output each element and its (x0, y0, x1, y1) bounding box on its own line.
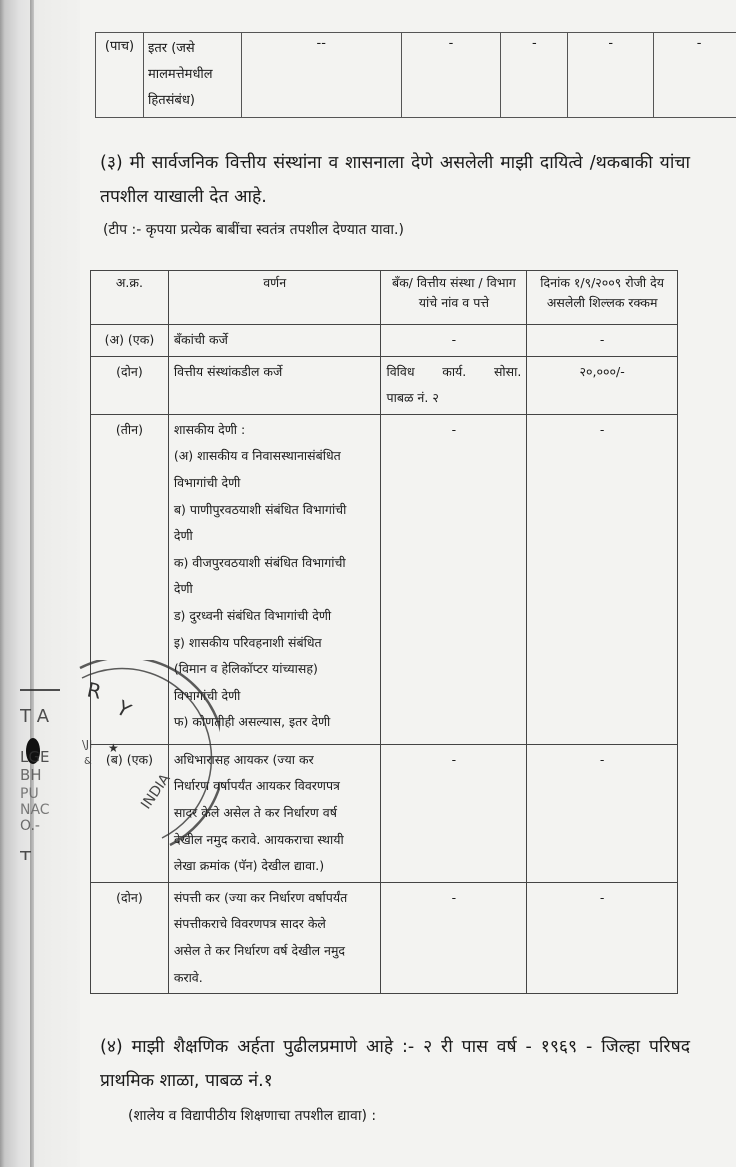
row-number: (ब) (एक) (91, 744, 169, 882)
table-row: (पाच) इतर (जसे मालमत्तेमधील हितसंबंध) --… (96, 33, 736, 118)
row-number: (पाच) (96, 33, 144, 118)
table-row: (दोन) संपत्ती कर (ज्या कर निर्धारण वर्षा… (91, 882, 678, 993)
row-amount: - (527, 744, 678, 882)
description-line: विभागांची देणी (174, 683, 376, 710)
header-description: वर्णन (168, 271, 381, 325)
header-institution: बॅंक/ वित्तीय संस्था / विभाग यांचे नांव … (381, 271, 527, 325)
row-institution: विविध कार्य. सोसा. पाबळ नं. २ (381, 356, 527, 414)
section-3-note: (टीप :- कृपया प्रत्येक बाबींचा स्वतंत्र … (103, 220, 404, 239)
row-number: (दोन) (91, 356, 169, 414)
svg-text:PU: PU (20, 786, 39, 802)
row-description: अधिभारासह आयकर (ज्या करनिर्धारण वर्षापर्… (168, 744, 381, 882)
description-line: देखील नमुद करावे. आयकराचा स्थायी (174, 827, 376, 854)
row-description: संपत्ती कर (ज्या कर निर्धारण वर्षापर्यंत… (168, 882, 381, 993)
description-line: संपत्तीकराचे विवरणपत्र सादर केले (174, 911, 376, 938)
liabilities-table: अ.क्र. वर्णन बॅंक/ वित्तीय संस्था / विभा… (90, 270, 678, 994)
row-description: वित्तीय संस्थांकडील कर्जे (168, 356, 381, 414)
description-line: संपत्ती कर (ज्या कर निर्धारण वर्षापर्यंत (174, 885, 376, 912)
description-line: सादर केले असेल ते कर निर्धारण वर्ष (174, 800, 376, 827)
svg-text:LGE: LGE (20, 748, 49, 766)
section-3-heading: (३) मी सार्वजनिक वित्तीय संस्थांना व शास… (100, 146, 690, 214)
document-page: (पाच) इतर (जसे मालमत्तेमधील हितसंबंध) --… (0, 0, 736, 1167)
row-number: (दोन) (91, 882, 169, 993)
section-4-heading: (४) माझी शैक्षणिक अर्हता पुढीलप्रमाणे आह… (100, 1030, 690, 1098)
row-value: - (654, 33, 736, 118)
description-line: (विमान व हेलिकॉप्टर यांच्यासह) (174, 656, 376, 683)
description-line: ड) दुरध्वनी संबंधित विभागांची देणी (174, 603, 376, 630)
row-number: (अ) (एक) (91, 325, 169, 357)
description-line: अधिभारासह आयकर (ज्या कर (174, 747, 376, 774)
row-number: (तीन) (91, 414, 169, 744)
table-row: (तीन) शासकीय देणी :(अ) शासकीय व निवासस्थ… (91, 414, 678, 744)
svg-text:BH: BH (20, 766, 42, 784)
row-amount: - (527, 882, 678, 993)
row-amount: - (527, 414, 678, 744)
table-header-row: अ.क्र. वर्णन बॅंक/ वित्तीय संस्था / विभा… (91, 271, 678, 325)
header-amount: दिनांक १/९/२००९ रोजी देय असलेली शिल्लक र… (527, 271, 678, 325)
description-line: इ) शासकीय परिवहनाशी संबंधित (174, 630, 376, 657)
header-serial: अ.क्र. (91, 271, 169, 325)
description-line: फ) कोणतीही असल्यास, इतर देणी (174, 709, 376, 736)
description-line: लेखा क्रमांक (पॅन) देखील द्यावा.) (174, 853, 376, 880)
description-line: असेल ते कर निर्धारण वर्ष देखील नमुद (174, 938, 376, 965)
svg-text:T: T (20, 848, 32, 860)
description-line: करावे. (174, 965, 376, 992)
description-line: क) वीजपुरवठयाशी संबंधित विभागांची (174, 550, 376, 577)
row-amount: २०,०००/- (527, 356, 678, 414)
assets-table-continuation: (पाच) इतर (जसे मालमत्तेमधील हितसंबंध) --… (95, 32, 736, 118)
row-institution: - (381, 325, 527, 357)
svg-text:T A: T A (20, 706, 50, 727)
row-value: - (401, 33, 501, 118)
description-line: देणी (174, 576, 376, 603)
svg-text:O.-: O.- (20, 818, 40, 834)
row-value: - (568, 33, 654, 118)
row-description: शासकीय देणी :(अ) शासकीय व निवासस्थानासंब… (168, 414, 381, 744)
row-institution: - (381, 882, 527, 993)
row-description: बॅंकांची कर्जे (168, 325, 381, 357)
row-value: -- (241, 33, 401, 118)
description-line: देणी (174, 523, 376, 550)
description-line: विभागांची देणी (174, 470, 376, 497)
table-row: (दोन) वित्तीय संस्थांकडील कर्जे विविध का… (91, 356, 678, 414)
row-description: इतर (जसे मालमत्तेमधील हितसंबंध) (143, 33, 241, 118)
svg-text:NAC: NAC (20, 802, 50, 818)
row-institution: - (381, 414, 527, 744)
row-institution: - (381, 744, 527, 882)
description-line: शासकीय देणी : (174, 417, 376, 444)
description-line: ब) पाणीपुरवठयाशी संबंधित विभागांची (174, 497, 376, 524)
row-value: - (501, 33, 568, 118)
table-row: (ब) (एक) अधिभारासह आयकर (ज्या करनिर्धारण… (91, 744, 678, 882)
section-4-note: (शालेय व विद्यापीठीय शिक्षणाचा तपशील द्य… (128, 1106, 376, 1125)
description-line: निर्धारण वर्षापर्यंत आयकर विवरणपत्र (174, 773, 376, 800)
row-amount: - (527, 325, 678, 357)
description-line: (अ) शासकीय व निवासस्थानासंबंधित (174, 443, 376, 470)
table-row: (अ) (एक) बॅंकांची कर्जे - - (91, 325, 678, 357)
